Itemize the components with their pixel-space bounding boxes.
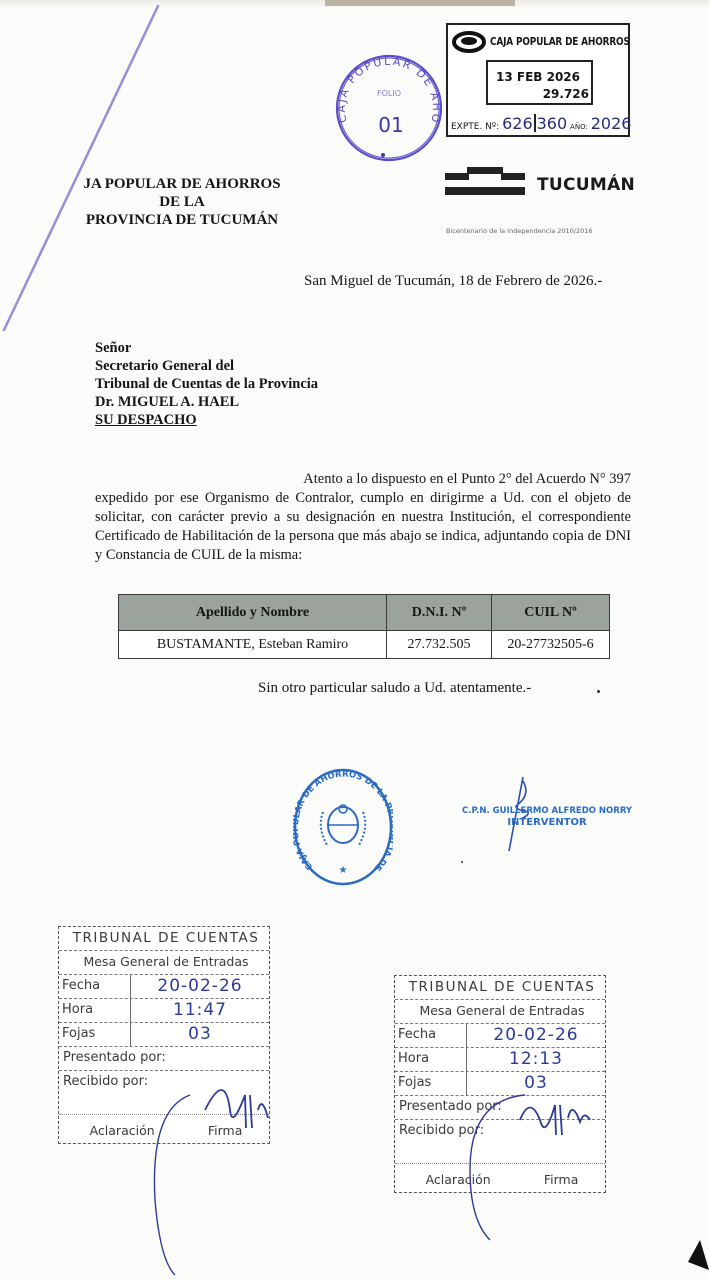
signer-name: C.P.N. GUILLERMO ALFREDO NORRY	[462, 805, 632, 817]
scan-artifact	[325, 0, 515, 6]
institution-name: JA POPULAR DE AHORROS DE LA PROVINCIA DE…	[62, 175, 302, 229]
tribunal-stamp-1: TRIBUNAL DE CUENTAS Mesa General de Entr…	[58, 926, 270, 1144]
signer-block: C.P.N. GUILLERMO ALFREDO NORRY INTERVENT…	[462, 805, 632, 829]
speck	[597, 690, 600, 693]
expte-year: 2026	[591, 114, 632, 133]
entry-stamp-title: CAJA POPULAR DE AHORROS	[490, 36, 630, 48]
presentado-row: Presentado por:	[59, 1047, 269, 1071]
fecha-row: Fecha20-02-26	[59, 975, 269, 999]
hora-row: Hora11:47	[59, 999, 269, 1023]
institution-seal: CAJA POPULAR DE AHORROS DE LA PROVINCIA …	[293, 767, 393, 887]
closing-line: Sin otro particular saludo a Ud. atentam…	[258, 680, 531, 697]
entry-stamp: CAJA POPULAR DE AHORROS 13 FEB 2026 29.7…	[446, 23, 630, 137]
fecha-row: Fecha20-02-26	[395, 1024, 605, 1048]
cell-dni: 27.732.505	[387, 631, 492, 659]
bicentenario-text: Bicentenario de la Independencia 2010/20…	[446, 227, 593, 235]
recibido-row: Recibido por:	[395, 1120, 605, 1144]
recibido-row: Recibido por:	[59, 1071, 269, 1095]
expte-line: EXPTE. Nº: 626360 AÑO: 2026	[451, 114, 631, 133]
svg-text:FOLIO: FOLIO	[377, 89, 401, 98]
svg-text:01: 01	[378, 113, 403, 137]
letter-date: San Miguel de Tucumán, 18 de Febrero de …	[304, 273, 602, 290]
svg-text:CAJA POPULAR DE AHORROS DE LA: CAJA POPULAR DE AHORROS DE LA PROVINCIA …	[293, 767, 393, 873]
tribunal-stamp-2: TRIBUNAL DE CUENTAS Mesa General de Entr…	[394, 975, 606, 1193]
col-cuil-header: CUIL Nº	[492, 595, 610, 631]
person-table: Apellido y Nombre D.N.I. Nº CUIL Nº BUST…	[118, 594, 610, 659]
tucuman-logo-icon	[445, 165, 525, 197]
addressee-block: Señor Secretario General del Tribunal de…	[95, 339, 318, 429]
stamp-footer: AclaraciónFirma	[59, 1115, 269, 1143]
hora-row: Hora12:13	[395, 1048, 605, 1072]
body-paragraph: Atento a lo dispuesto en el Punto 2° del…	[95, 470, 631, 565]
stamp-footer: AclaraciónFirma	[395, 1164, 605, 1192]
col-dni-header: D.N.I. Nº	[387, 595, 492, 631]
fojas-row: Fojas03	[395, 1072, 605, 1096]
cell-name: BUSTAMANTE, Esteban Ramiro	[119, 631, 387, 659]
svg-text:★: ★	[339, 865, 348, 876]
signer-role: INTERVENTOR	[462, 817, 632, 829]
su-despacho: SU DESPACHO	[95, 411, 318, 429]
fojas-row: Fojas03	[59, 1023, 269, 1047]
entry-date: 13 FEB 2026	[496, 70, 580, 84]
folio-seal: CAJA POPULAR DE AHORROS FOLIO 01	[333, 52, 445, 164]
col-name-header: Apellido y Nombre	[119, 595, 387, 631]
cell-cuil: 20-27732505-6	[492, 631, 610, 659]
entry-date-box: 13 FEB 2026 29.726	[486, 60, 593, 105]
presentado-row: Presentado por:	[395, 1096, 605, 1120]
expte-number-a: 626	[502, 114, 533, 133]
expte-number-b: 360	[537, 114, 568, 133]
tucuman-logo-text: TUCUMÁN	[537, 175, 635, 195]
pen-stroke	[0, 0, 200, 340]
speck	[461, 861, 463, 863]
table-row: BUSTAMANTE, Esteban Ramiro 27.732.505 20…	[119, 631, 610, 659]
caja-logo-icon	[452, 31, 486, 53]
entry-number: 29.726	[543, 87, 589, 101]
